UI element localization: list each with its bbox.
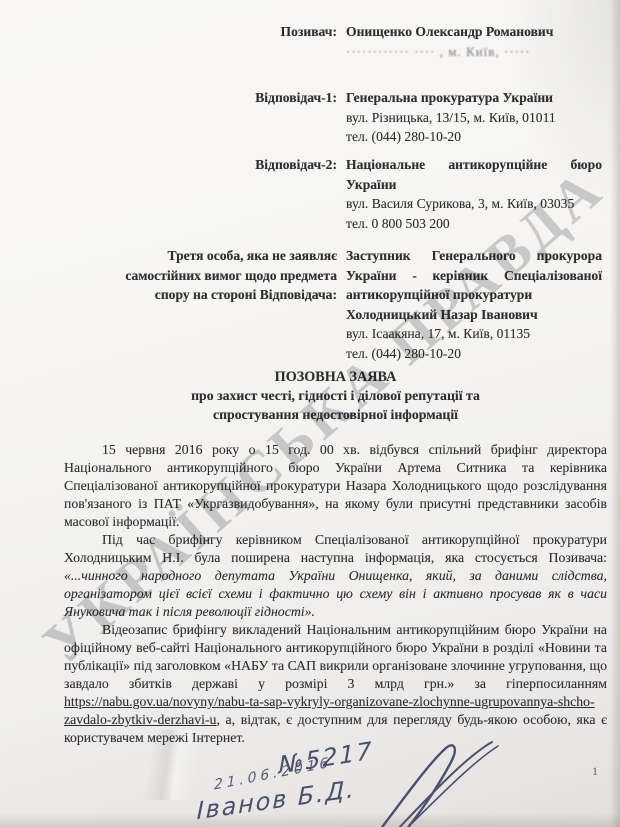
party-name-line: Заступник Генерального прокурора xyxy=(346,246,602,266)
scanned-lawsuit-page: УКРАЇНСЬКА ПРАВДА Позивач: Онищенко Олек… xyxy=(0,0,620,827)
paragraph-text: Відеозапис брифінгу викладений Національ… xyxy=(64,622,607,691)
quoted-statement: «...чинного народного депутата України О… xyxy=(64,568,607,619)
document-body: 15 червня 2016 року о 15 год. 00 хв. від… xyxy=(64,441,607,747)
party-name-line: Онищенко Олександр Романович xyxy=(346,22,602,42)
party-row-plaintiff: Позивач: Онищенко Олександр Романович ··… xyxy=(0,22,612,61)
party-name-line: України xyxy=(346,175,602,195)
party-label-line: Відповідач-1: xyxy=(0,88,337,108)
photo-edge-bottom xyxy=(0,813,620,827)
document-title-block: ПОЗОВНА ЗАЯВА про захист честі, гідності… xyxy=(64,368,607,424)
party-row-third-party: Третя особа, яка не заявляє самостійних … xyxy=(0,246,612,363)
document-subtitle-line: спростування недостовірної інформації xyxy=(64,406,607,425)
paragraph-briefing: 15 червня 2016 року о 15 год. 00 хв. від… xyxy=(64,441,607,531)
party-label-line: Відповідач-2: xyxy=(0,155,337,175)
party-name-line: Генеральна прокуратура України xyxy=(346,88,602,108)
document-subtitle-line: про захист честі, гідності і ділової реп… xyxy=(64,387,607,406)
party-name-line: антикорупційної прокуратури xyxy=(346,285,602,305)
paragraph-statement: Під час брифінгу керівником Спеціалізова… xyxy=(64,531,607,621)
document-title: ПОЗОВНА ЗАЯВА xyxy=(64,368,607,387)
party-label-line: самостійних вимог щодо предмета xyxy=(0,266,337,286)
party-address-line: вул. Різницька, 13/15, м. Київ, 01011 xyxy=(346,108,602,128)
signature-flourish xyxy=(372,740,502,827)
party-phone-line: тел. (044) 280-10-20 xyxy=(346,127,602,147)
party-row-defendant-1: Відповідач-1: Генеральна прокуратура Укр… xyxy=(0,88,612,147)
party-address-line: вул. Ісаакяна, 17, м. Київ, 01135 xyxy=(346,324,602,344)
paragraph-text: 15 червня 2016 року о 15 год. 00 хв. від… xyxy=(64,442,607,529)
photo-edge-right xyxy=(610,0,620,827)
party-label-line: Третя особа, яка не заявляє xyxy=(0,246,337,266)
party-phone-line: тел. 0 800 503 200 xyxy=(346,214,602,234)
paragraph-video: Відеозапис брифінгу викладений Національ… xyxy=(64,621,607,747)
party-name-line: України - керівник Спеціалізованої xyxy=(346,266,602,286)
page-number: 1 xyxy=(592,764,598,779)
party-label-line: Позивач: xyxy=(0,22,337,42)
party-address-line: вул. Василя Сурикова, 3, м. Київ, 03035 xyxy=(346,194,602,214)
party-row-defendant-2: Відповідач-2: Національне антикорупційне… xyxy=(0,155,612,233)
paragraph-text: Під час брифінгу керівником Спеціалізова… xyxy=(64,532,607,565)
party-label-line: спору на стороні Відповідача: xyxy=(0,285,337,305)
party-phone-line: тел. (044) 280-10-20 xyxy=(346,344,602,364)
party-name-line: Холодницький Назар Іванович xyxy=(346,305,602,325)
party-name-line: Національне антикорупційне бюро xyxy=(346,155,602,175)
party-redacted-address: ············ ···· , м. Київ, ····· xyxy=(346,42,602,62)
